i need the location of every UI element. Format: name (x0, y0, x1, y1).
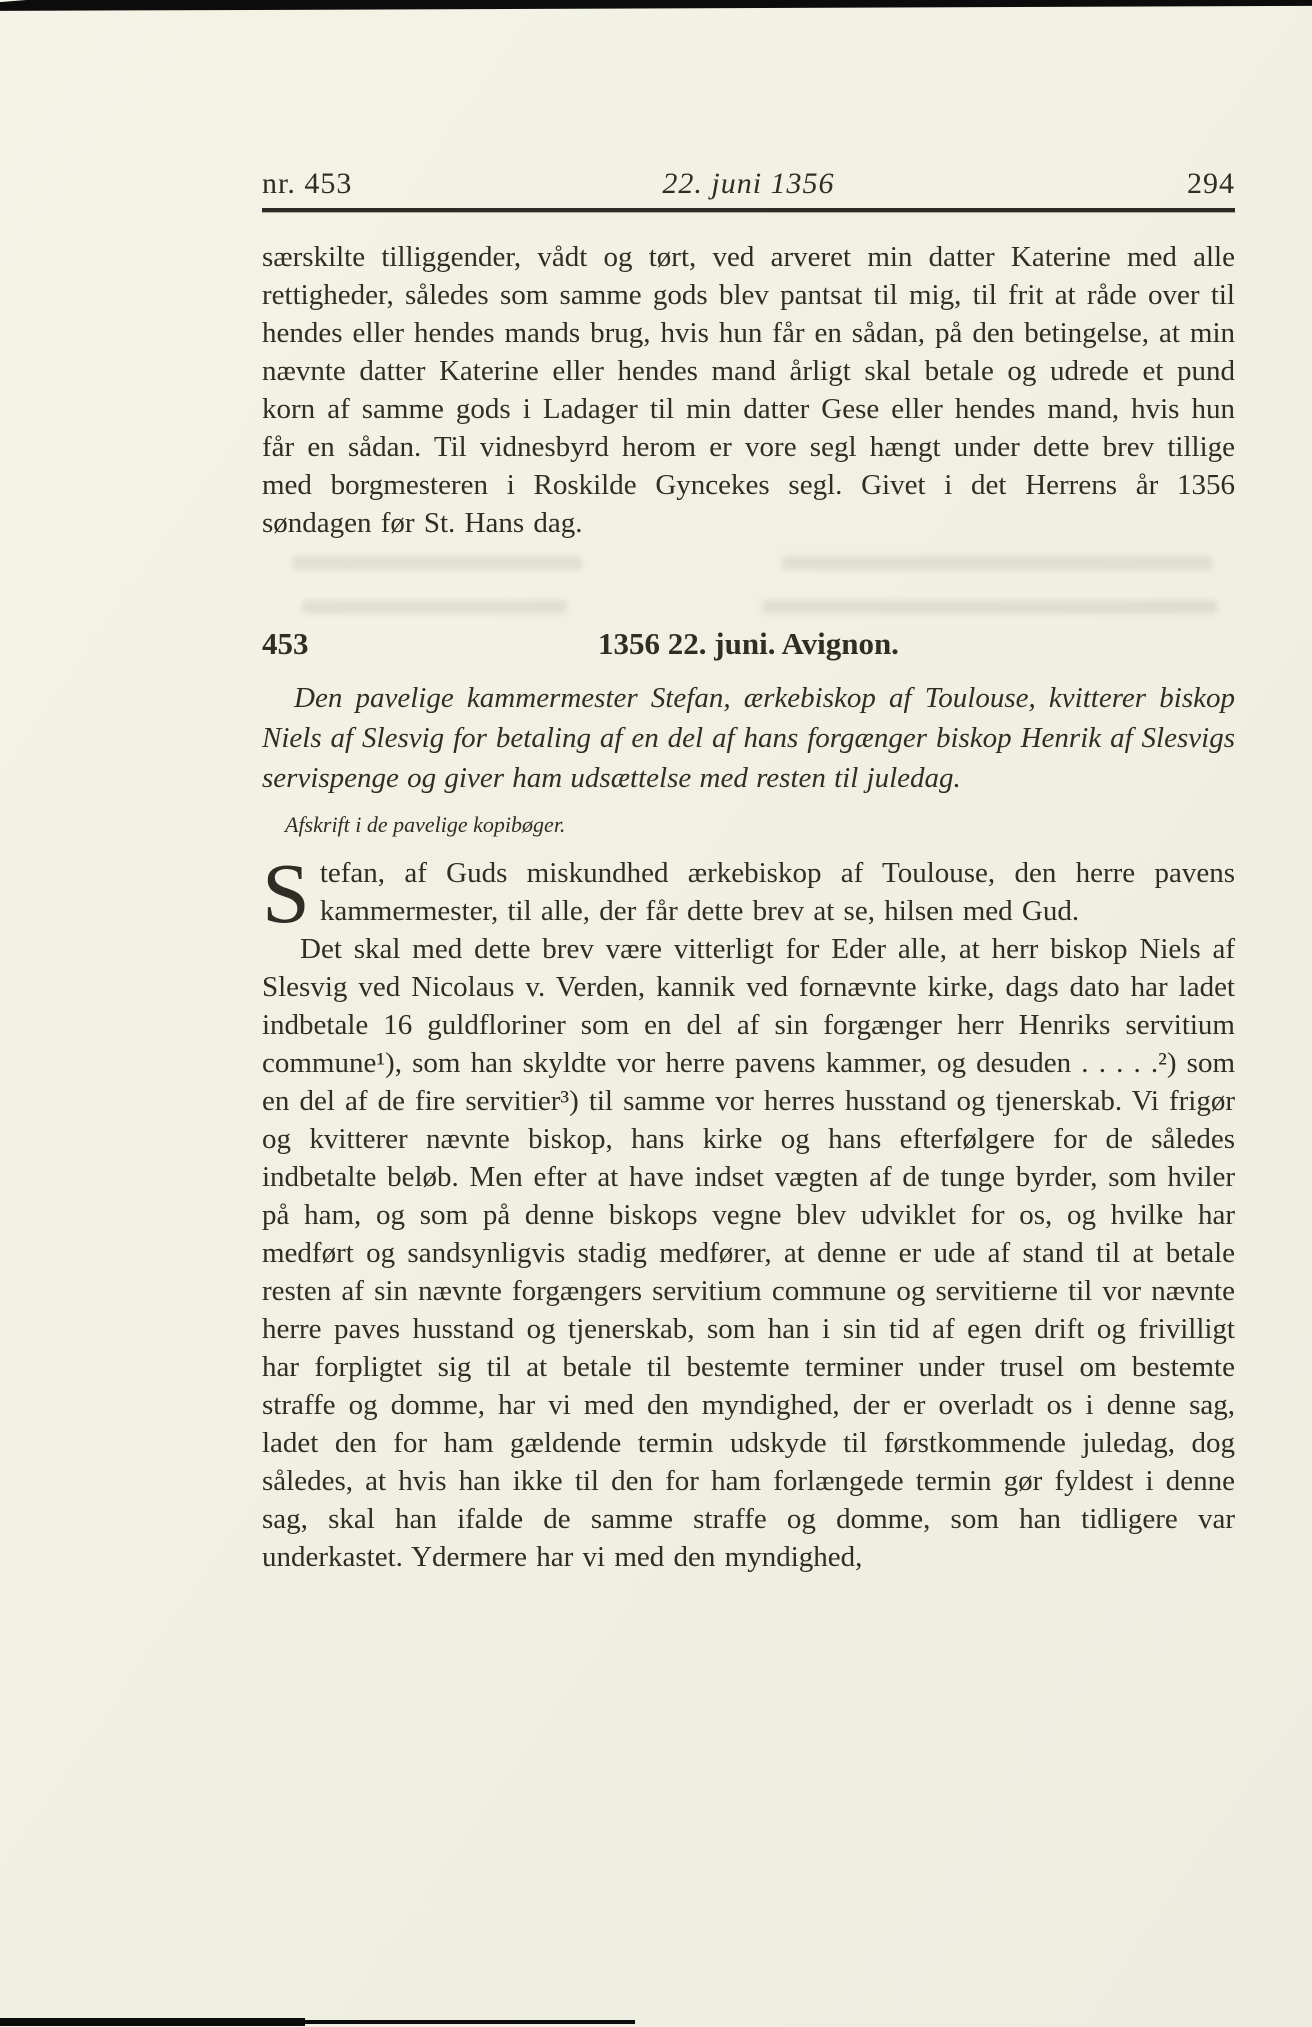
entry-dateline: 1356 22. juni. Avignon. (598, 626, 899, 661)
scan-edge-bottom-thick (0, 2018, 305, 2026)
header-entry-ref: nr. 453 (262, 166, 554, 202)
ghost-line-fragment (292, 556, 582, 570)
body-main-paragraph: Det skal med dette brev være vitterligt … (262, 930, 1235, 1576)
entry-number: 453 (262, 626, 309, 662)
entry-summary: Den pavelige kammermester Stefan, ærkebi… (262, 678, 1235, 798)
header-page-number: 294 (943, 166, 1235, 202)
running-header: nr. 453 22. juni 1356 294 (262, 166, 1235, 202)
header-date: 22. juni 1356 (554, 166, 943, 202)
text-block: nr. 453 22. juni 1356 294 særskilte till… (262, 0, 1235, 1576)
bleedthrough-ghost-text (262, 550, 1235, 626)
dropcap-initial: S (262, 854, 320, 928)
header-rule (262, 208, 1235, 212)
body-opening-paragraph: Stefan, af Guds miskundhed ærkebiskop af… (262, 854, 1235, 930)
body-opening-text: tefan, af Guds miskundhed ærkebiskop af … (320, 857, 1235, 927)
continuation-paragraph: særskilte tilliggender, vådt og tørt, ve… (262, 238, 1235, 542)
ghost-line-fragment (302, 600, 567, 614)
entry-heading: 453 1356 22. juni. Avignon. (262, 626, 1235, 662)
ghost-line-fragment (782, 556, 1212, 570)
source-note: Afskrift i de pavelige kopibøger. (262, 812, 1235, 838)
scan-edge-bottom-thin (305, 2020, 635, 2024)
ghost-line-fragment (762, 600, 1217, 614)
book-page: nr. 453 22. juni 1356 294 særskilte till… (0, 0, 1312, 2027)
